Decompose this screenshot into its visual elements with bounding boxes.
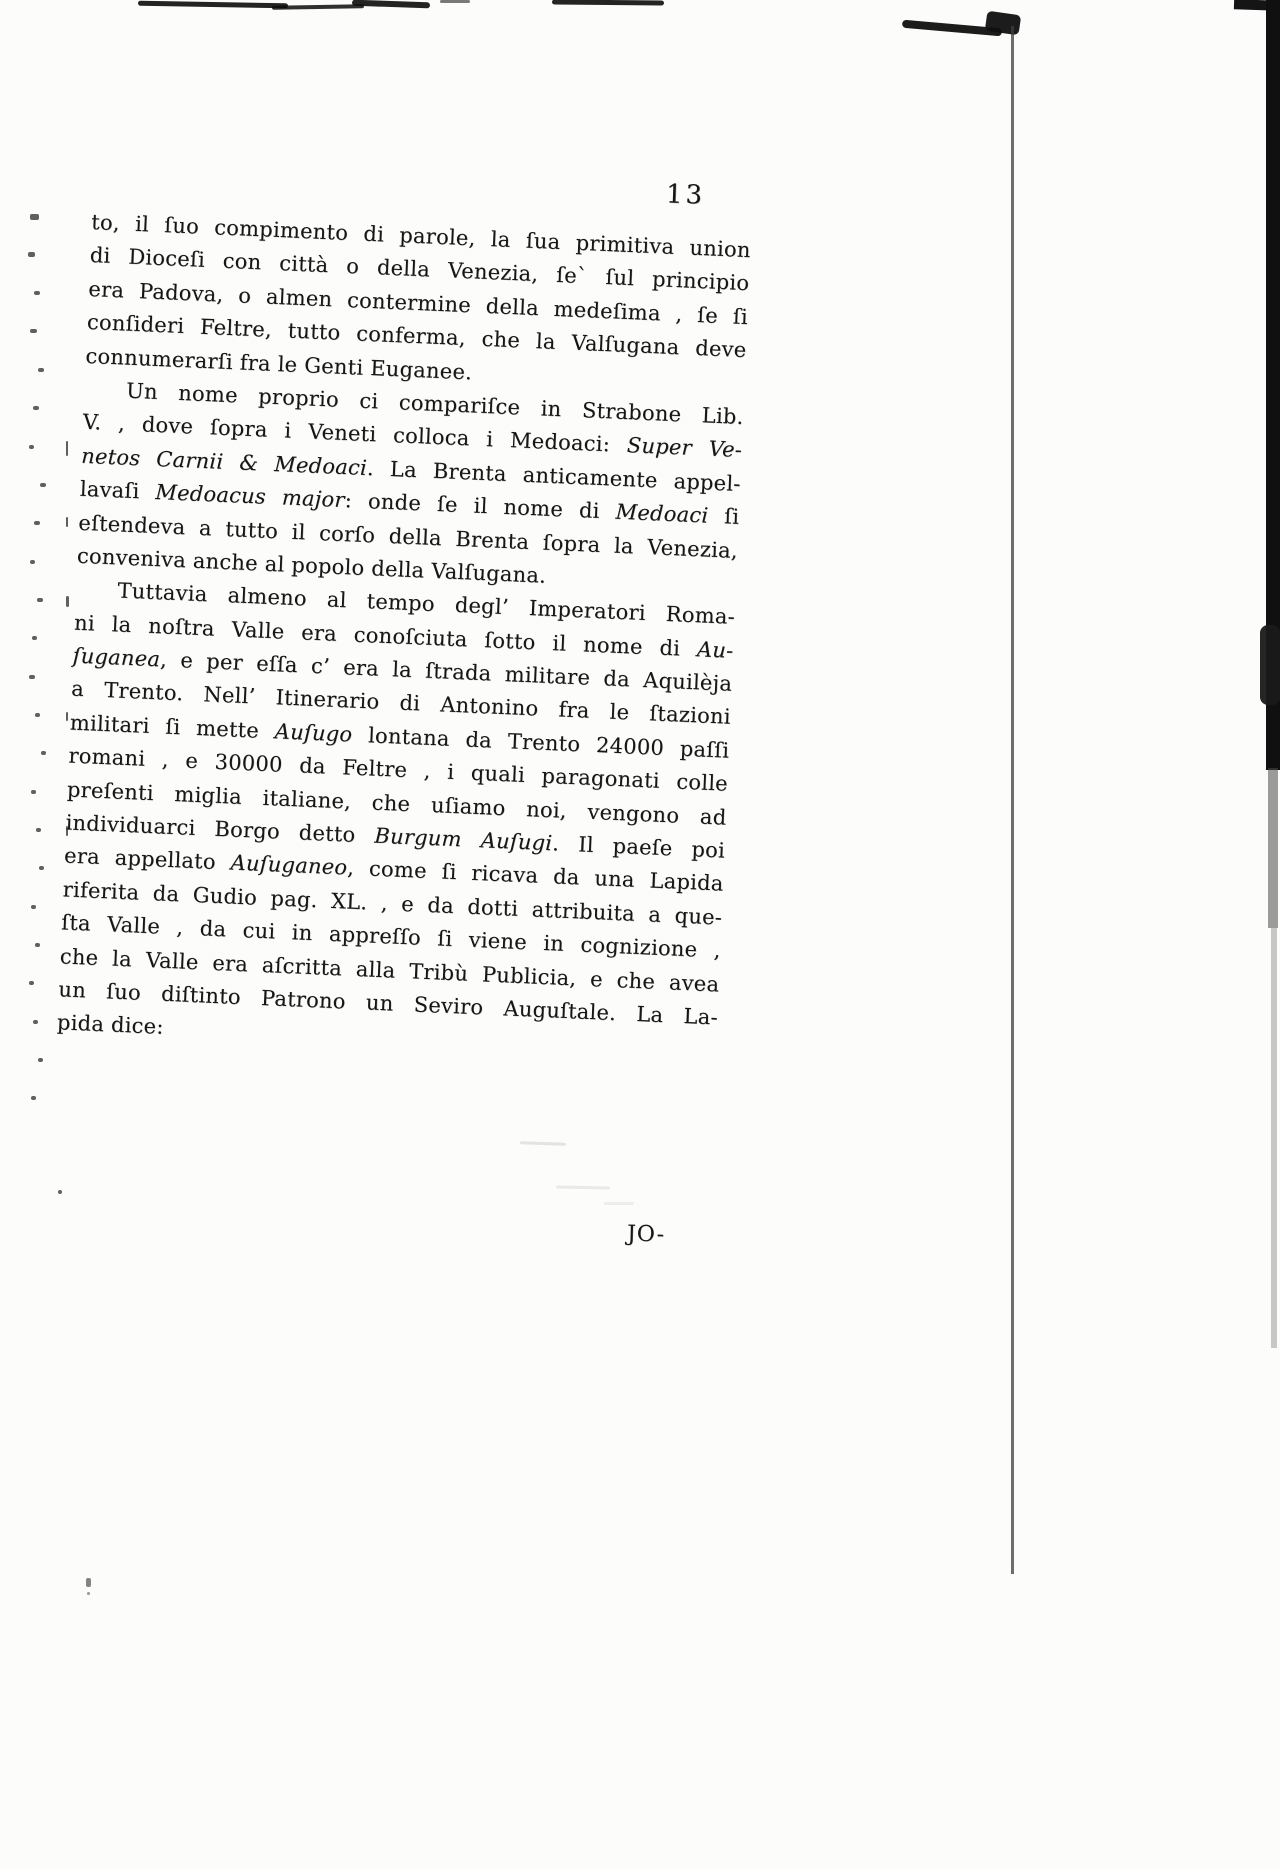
- margin-speck: [36, 828, 41, 832]
- italic-text-segment: Super Ve-: [626, 433, 742, 462]
- edge-artifact: [985, 11, 1021, 36]
- margin-speck: [31, 790, 36, 794]
- edge-artifact: [272, 4, 364, 10]
- margin-speck: [40, 483, 46, 487]
- edge-artifact: [1011, 26, 1014, 1574]
- margin-speck: [30, 560, 35, 564]
- edge-artifact: [556, 1186, 610, 1190]
- edge-artifact: [1260, 625, 1280, 705]
- edge-artifact: [440, 0, 470, 3]
- margin-speck: [30, 329, 37, 333]
- italic-text-segment: Auſugo: [274, 719, 353, 746]
- italic-text-segment: Medoaci: [615, 500, 709, 528]
- edge-artifact: [87, 1592, 90, 1595]
- margin-speck: [29, 675, 35, 679]
- edge-artifact: [1268, 768, 1278, 928]
- margin-speck: [37, 598, 43, 602]
- margin-speck: [58, 1190, 62, 1194]
- italic-text-segment: Auſuganeo: [230, 851, 348, 880]
- text-segment: era appellato: [64, 844, 231, 875]
- margin-speck: [28, 252, 35, 257]
- margin-speck: [39, 866, 44, 870]
- margin-speck: [66, 517, 68, 527]
- edge-artifact: [138, 1, 288, 9]
- margin-speck: [66, 712, 68, 721]
- edge-artifact: [902, 20, 1002, 37]
- margin-speck: [66, 596, 69, 607]
- margin-speck: [33, 406, 39, 410]
- page-number: 13: [665, 179, 705, 210]
- margin-speck: [32, 636, 37, 640]
- edge-artifact: [520, 1141, 566, 1146]
- margin-speck: [31, 1096, 36, 1100]
- italic-text-segment: Medoacus major: [155, 480, 345, 512]
- margin-speck: [66, 441, 68, 456]
- margin-speck: [33, 1020, 38, 1024]
- italic-text-segment: ſuganea: [72, 644, 160, 672]
- margin-speck: [31, 905, 36, 909]
- margin-speck: [35, 713, 40, 717]
- edge-artifact: [552, 0, 664, 5]
- edge-artifact: [1266, 0, 1280, 770]
- text-segment: : onde ſe il nome di: [344, 488, 616, 524]
- edge-artifact: [86, 1578, 91, 1587]
- margin-speck: [29, 445, 34, 449]
- edge-artifact: [1234, 0, 1280, 11]
- text-segment: lavaſi: [79, 477, 156, 504]
- italic-text-segment: Au-: [697, 637, 735, 663]
- text-block: to, il ſuo compimento di parole, la ſua …: [56, 206, 751, 1068]
- text-segment: . Il paeſe poi: [552, 831, 726, 862]
- margin-speck: [34, 291, 40, 295]
- margin-speck: [41, 751, 46, 755]
- edge-artifact: [604, 1202, 634, 1205]
- italic-text-segment: Burgum Auſugi: [374, 824, 553, 856]
- text-segment: pida dice:: [57, 1011, 165, 1040]
- margin-speck: [35, 943, 40, 947]
- margin-speck: [38, 368, 44, 372]
- margin-speck: [34, 521, 40, 525]
- scanned-book-page: 13 to, il ſuo compimento di parole, la ſ…: [0, 0, 1280, 1869]
- text-segment: militari ſi mette: [69, 710, 275, 743]
- catchword: JO-: [627, 1222, 666, 1248]
- edge-artifact: [352, 0, 430, 8]
- edge-artifact: [1271, 928, 1277, 1348]
- margin-speck: [30, 214, 39, 220]
- margin-speck: [38, 1058, 43, 1062]
- margin-speck: [29, 981, 34, 985]
- text-segment: ſi: [708, 504, 740, 529]
